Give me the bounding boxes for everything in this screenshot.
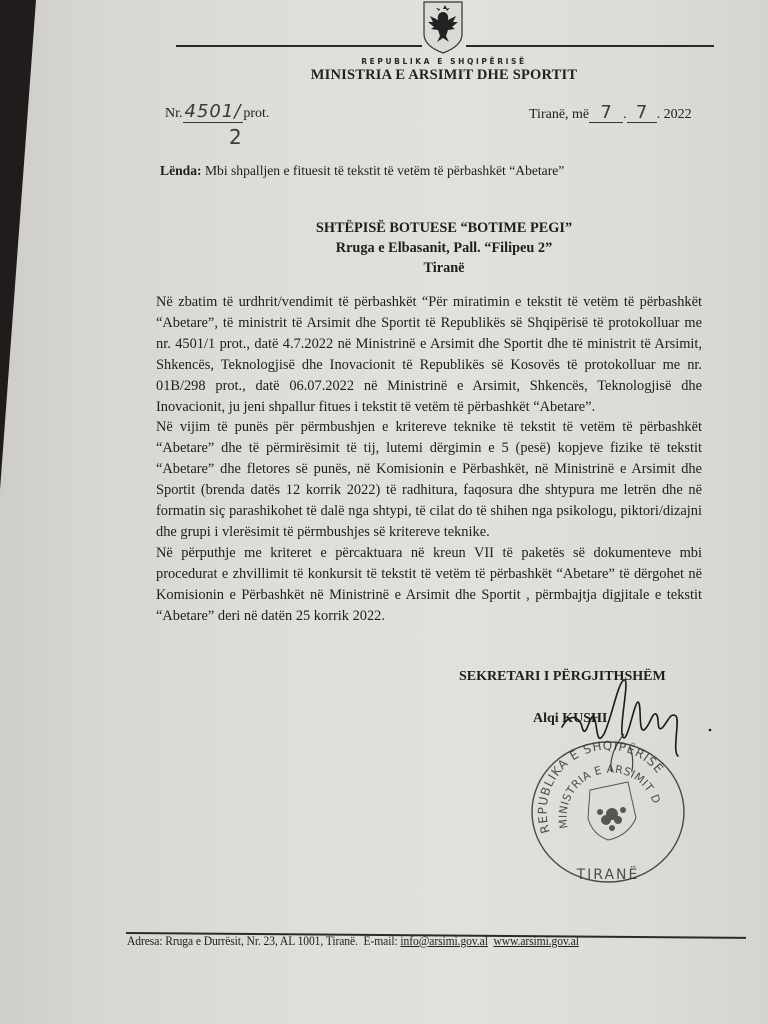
header-rule-left: [176, 45, 422, 47]
recipient-block: SHTËPISË BOTUESE “BOTIME PEGI” Rruga e E…: [0, 218, 768, 278]
letter-body: Në zbatim të urdhrit/vendimit të përbash…: [156, 292, 702, 627]
letter-date: Tiranë, më7.7. 2022: [529, 106, 692, 123]
header-rule-right: [466, 45, 714, 47]
handwritten-signature-icon: [560, 672, 720, 772]
date-day-handwritten: 7: [600, 102, 611, 123]
country-name: REPUBLIKA E SHQIPËRISË: [0, 57, 768, 66]
footer-email-label: E-mail:: [363, 934, 397, 948]
recipient-address: Rruga e Elbasanit, Pall. “Filipeu 2”: [0, 238, 768, 258]
stamp-city: TIRANË: [576, 865, 640, 883]
date-place: Tiranë, më: [529, 107, 589, 122]
ministry-name: MINISTRIA E ARSIMIT DHE SPORTIT: [0, 67, 768, 84]
subject-label: Lënda:: [160, 163, 202, 178]
footer-address: Adresa: Rruga e Durrësit, Nr. 23, AL 100…: [127, 934, 358, 948]
body-paragraph: Në vijim të punës për përmbushjen e krit…: [156, 417, 702, 542]
reference-label: Nr.: [165, 106, 183, 121]
reference-sub-handwritten: 2: [229, 125, 242, 149]
footer-contact: Adresa: Rruga e Durrësit, Nr. 23, AL 100…: [127, 934, 579, 949]
reference-number-handwritten: 4501/: [185, 101, 242, 122]
footer-email-link[interactable]: info@arsimi.gov.al: [400, 934, 487, 948]
reference-suffix: prot.: [243, 106, 269, 121]
double-headed-eagle-emblem-icon: [421, 0, 465, 54]
footer-website-link[interactable]: www.arsimi.gov.al: [493, 934, 578, 948]
subject-line: Lënda: Mbi shpalljen e fituesit të tekst…: [160, 163, 564, 179]
reference-number: Nr.4501/prot.: [165, 104, 269, 123]
body-paragraph: Në zbatim të urdhrit/vendimit të përbash…: [156, 292, 702, 417]
subject-text: Mbi shpalljen e fituesit të tekstit të v…: [205, 163, 564, 178]
recipient-city: Tiranë: [0, 258, 768, 278]
body-paragraph: Në përputhje me kriteret e përcaktuara n…: [156, 543, 702, 627]
recipient-name: SHTËPISË BOTUESE “BOTIME PEGI”: [0, 218, 768, 238]
date-month-handwritten: 7: [636, 102, 647, 123]
date-year: . 2022: [657, 107, 692, 122]
